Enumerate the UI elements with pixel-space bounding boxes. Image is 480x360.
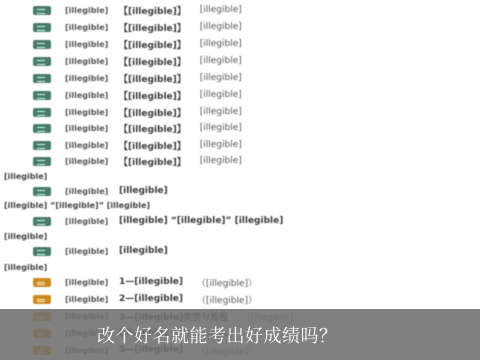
item-kind: [illegible] [65, 40, 105, 49]
item-title[interactable]: 【[illegible]】 [119, 106, 186, 119]
item-desc: [illegible] [200, 107, 242, 117]
list-item[interactable]: [illegible] 【[illegible]】 [illegible] [0, 138, 242, 152]
list-item[interactable]: [illegible] 【[illegible]】 [illegible] [0, 20, 242, 34]
item-title[interactable]: 【[illegible]】 [119, 155, 186, 168]
video-title[interactable]: 1—[illegible] [119, 277, 183, 287]
item-kind: [illegible] [65, 157, 105, 166]
item-desc: [illegible] [200, 73, 242, 83]
document-tag-icon [33, 124, 51, 133]
item-desc: [illegible] [200, 156, 242, 166]
document-tag-icon [33, 141, 51, 150]
item-kind: [illegible] [65, 108, 105, 117]
item-kind: [illegible] [65, 278, 105, 287]
list-item[interactable]: [illegible] 【[illegible]】 [illegible] [0, 121, 242, 135]
video-tag-icon [33, 295, 51, 304]
video-duration: （[illegible]） [197, 293, 257, 306]
item-desc: [illegible] [200, 56, 242, 66]
item-kind: [illegible] [65, 141, 105, 150]
video-item[interactable]: [illegible] 1—[illegible] （[illegible]） [0, 275, 257, 289]
section-heading: [illegible] [4, 232, 47, 241]
document-tag-icon [33, 91, 51, 100]
list-item[interactable]: [illegible] [illegible] “[illegible]” [i… [0, 214, 283, 228]
document-tag-icon [33, 157, 51, 166]
list-item[interactable]: [illegible] 【[illegible]】 [illegible] [0, 154, 242, 168]
list-item[interactable]: [illegible] 【[illegible]】 [illegible] [0, 37, 242, 51]
item-desc: [illegible] [200, 90, 242, 100]
section-heading: [illegible] [4, 263, 47, 272]
item-desc: [illegible] [200, 123, 242, 133]
document-page: [illegible] 【[illegible]】 [illegible] [i… [0, 0, 480, 360]
item-desc: [illegible] [200, 39, 242, 49]
item-title[interactable]: [illegible] “[illegible]” [illegible] [119, 216, 283, 226]
list-item[interactable]: [illegible] 【[illegible]】 [illegible] [0, 88, 242, 102]
item-title[interactable]: [illegible] [119, 246, 168, 256]
video-duration: （[illegible]） [197, 276, 257, 289]
video-item[interactable]: [illegible] 2—[illegible] （[illegible]） [0, 292, 257, 306]
document-tag-icon [33, 57, 51, 66]
item-kind: [illegible] [65, 295, 105, 304]
item-title[interactable]: 【[illegible]】 [119, 21, 186, 34]
item-title[interactable]: 【[illegible]】 [119, 4, 186, 17]
list-item[interactable]: [illegible] 【[illegible]】 [illegible] [0, 54, 242, 68]
item-kind: [illegible] [65, 124, 105, 133]
item-kind: [illegible] [65, 217, 105, 226]
list-item[interactable]: [illegible] 【[illegible]】 [illegible] [0, 3, 242, 17]
item-desc: [illegible] [200, 22, 242, 32]
item-kind: [illegible] [65, 247, 105, 256]
item-title[interactable]: 【[illegible]】 [119, 89, 186, 102]
item-kind: [illegible] [65, 74, 105, 83]
document-tag-icon [33, 6, 51, 15]
document-tag-icon [33, 74, 51, 83]
item-kind: [illegible] [65, 57, 105, 66]
item-title[interactable]: 【[illegible]】 [119, 38, 186, 51]
item-kind: [illegible] [65, 91, 105, 100]
document-tag-icon [33, 40, 51, 49]
item-desc: [illegible] [200, 5, 242, 15]
video-title[interactable]: 2—[illegible] [119, 294, 183, 304]
document-tag-icon [33, 247, 51, 256]
list-item[interactable]: [illegible] [illegible] [0, 244, 168, 258]
document-tag-icon [33, 217, 51, 226]
note-text: [illegible] “[illegible]” [illegible] [4, 201, 150, 210]
list-item[interactable]: [illegible] 【[illegible]】 [illegible] [0, 71, 242, 85]
item-title[interactable]: 【[illegible]】 [119, 139, 186, 152]
section-heading: [illegible] [4, 172, 47, 181]
list-item[interactable]: [illegible] [illegible] [0, 184, 168, 198]
item-kind: [illegible] [65, 23, 105, 32]
item-title[interactable]: [illegible] [119, 186, 168, 196]
item-title[interactable]: 【[illegible]】 [119, 55, 186, 68]
item-title[interactable]: 【[illegible]】 [119, 122, 186, 135]
item-title[interactable]: 【[illegible]】 [119, 72, 186, 85]
video-tag-icon [33, 278, 51, 287]
item-desc: [illegible] [200, 140, 242, 150]
caption-text: 改个好名就能考出好成绩吗？ [97, 322, 338, 348]
item-kind: [illegible] [65, 187, 105, 196]
document-tag-icon [33, 187, 51, 196]
item-kind: [illegible] [65, 6, 105, 15]
document-tag-icon [33, 23, 51, 32]
list-item[interactable]: [illegible] 【[illegible]】 [illegible] [0, 105, 242, 119]
document-tag-icon [33, 108, 51, 117]
